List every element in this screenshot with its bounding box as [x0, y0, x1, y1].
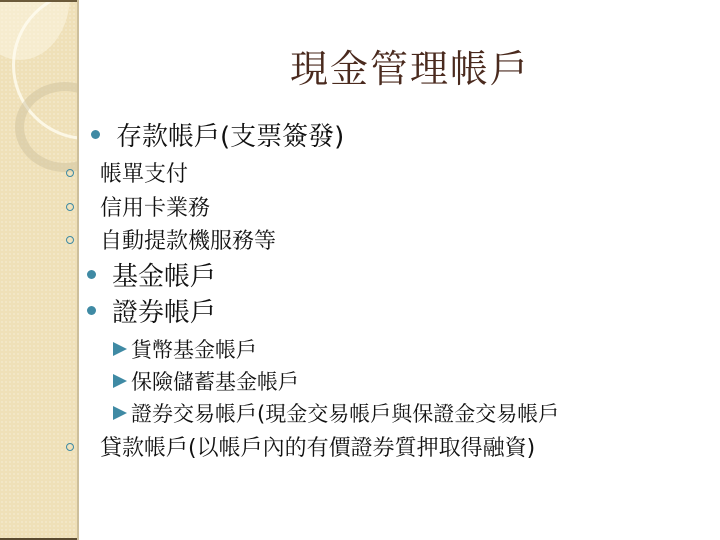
bullet-text: 存款帳戶(支票簽發): [116, 116, 344, 153]
bullet-item: 證券交易帳戶(現金交易帳戶與保證金交易帳戶: [113, 398, 559, 428]
hollow-circle-bullet-icon: [66, 169, 74, 177]
bullet-item: 證券帳戶: [87, 292, 216, 329]
bullet-text: 證券交易帳戶(現金交易帳戶與保證金交易帳戶: [131, 398, 559, 428]
bullet-item: 貸款帳戶(以帳戶內的有價證券質押取得融資): [66, 431, 535, 462]
arrow-bullet-icon: [113, 374, 127, 388]
bullet-item: 信用卡業務: [66, 191, 210, 222]
bullet-item: 存款帳戶(支票簽發): [91, 116, 344, 153]
bullet-item: 保險儲蓄基金帳戶: [113, 366, 299, 396]
bullet-item: 基金帳戶: [87, 256, 216, 293]
bullet-item: 貨幣基金帳戶: [113, 334, 257, 364]
bullet-item: 帳單支付: [66, 157, 188, 188]
bullet-text: 自動提款機服務等: [100, 224, 276, 255]
arrow-bullet-icon: [113, 406, 127, 420]
hollow-circle-bullet-icon: [66, 443, 74, 451]
hollow-circle-bullet-icon: [66, 203, 74, 211]
hollow-circle-bullet-icon: [66, 236, 74, 244]
bullet-list: 存款帳戶(支票簽發) 帳單支付 信用卡業務 自動提款機服務等 基金帳戶 證券帳戶…: [0, 0, 720, 540]
bullet-item: 自動提款機服務等: [66, 224, 276, 255]
bullet-text: 基金帳戶: [112, 256, 216, 293]
arrow-bullet-icon: [113, 342, 127, 356]
slide: 現金管理帳戶 存款帳戶(支票簽發) 帳單支付 信用卡業務 自動提款機服務等 基金…: [0, 0, 720, 540]
filled-dot-bullet-icon: [87, 306, 96, 315]
bullet-text: 帳單支付: [100, 157, 188, 188]
filled-dot-bullet-icon: [91, 130, 100, 139]
bullet-text: 貸款帳戶(以帳戶內的有價證券質押取得融資): [100, 431, 535, 462]
bullet-text: 保險儲蓄基金帳戶: [131, 366, 299, 396]
bullet-text: 貨幣基金帳戶: [131, 334, 257, 364]
bullet-text: 證券帳戶: [112, 292, 216, 329]
bullet-text: 信用卡業務: [100, 191, 210, 222]
filled-dot-bullet-icon: [87, 270, 96, 279]
